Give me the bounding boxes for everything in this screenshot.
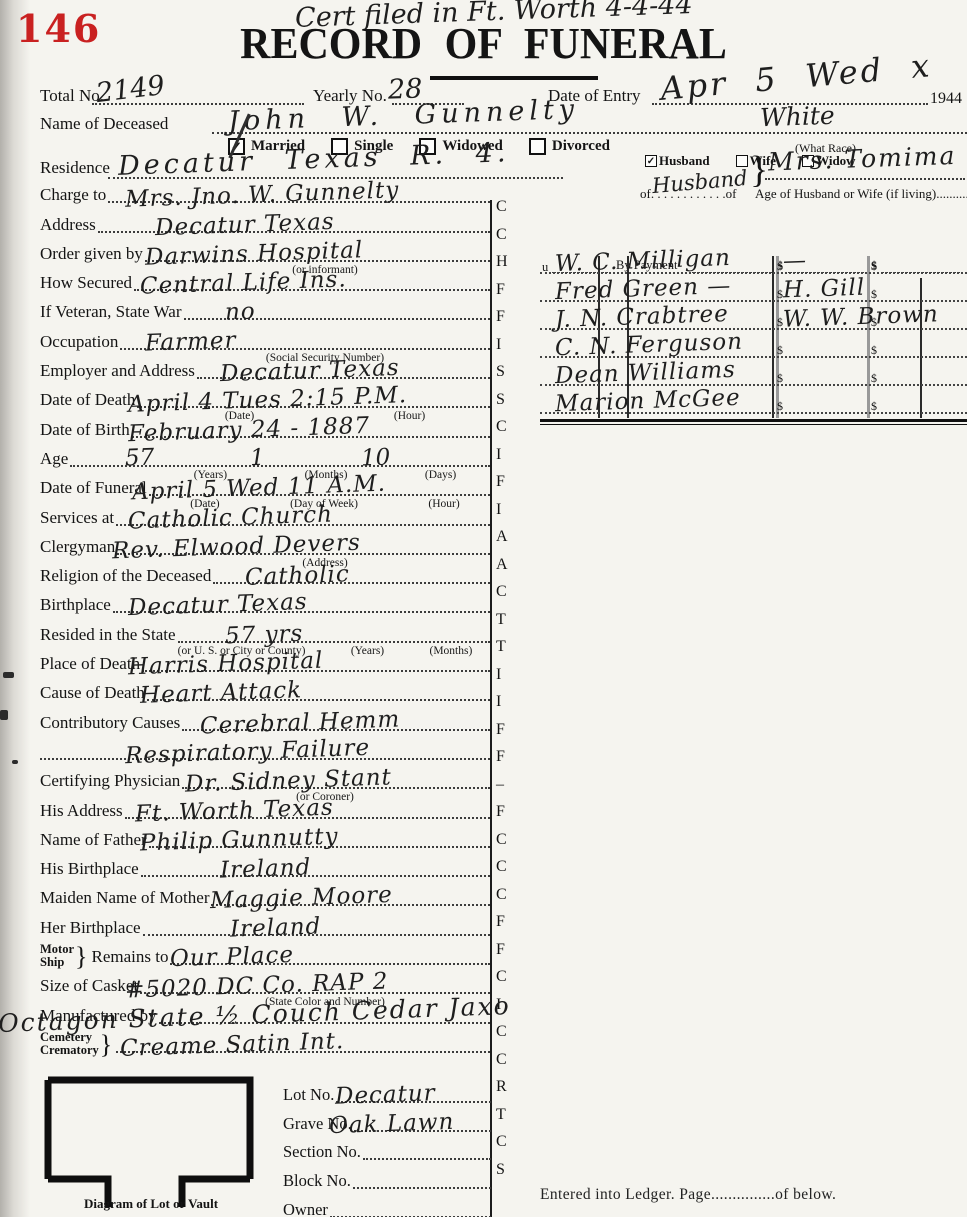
truncated-letter: C <box>496 418 507 436</box>
field-sublabels: (or U. S. or City or County)(Years)(Mont… <box>155 645 495 657</box>
truncated-letter: F <box>496 913 505 931</box>
field-sublabels: (Social Security Number) <box>155 352 495 364</box>
field-label: Services at <box>40 508 116 528</box>
truncated-letter: C <box>496 583 507 601</box>
dollar-sign: $ <box>871 259 877 274</box>
field-label: His Birthplace <box>40 859 141 879</box>
field-handwritten-value: Oak Lawn <box>329 1108 455 1138</box>
checkbox-box <box>529 138 546 155</box>
field-label: Religion of the Deceased <box>40 566 213 586</box>
race-value: White <box>760 101 836 133</box>
field-sublabels: (Date)(Hour) <box>155 410 495 422</box>
form-row: OccupationFarmer(Social Security Number) <box>40 322 490 351</box>
relation-line <box>765 178 965 180</box>
truncated-letter: C <box>496 1051 507 1069</box>
form-row: Her BirthplaceIreland <box>40 908 490 937</box>
truncated-letter: I <box>496 501 501 519</box>
field-sublabels: (Years)(Months)(Days) <box>155 469 495 481</box>
truncated-letter: C <box>496 1133 507 1151</box>
field-label: If Veteran, State War <box>40 302 184 322</box>
dollar-sign: $ <box>777 371 783 386</box>
scan-speck <box>12 760 18 764</box>
form-row: Size of Casket#5020 DC Co. RAP 2(State C… <box>40 967 490 996</box>
form-rows: Charge toMrs. Jno. W. GunneltyAddressDec… <box>40 176 490 1055</box>
form-row: MotorShip}Remains toOur Place <box>40 938 490 967</box>
field-label: Birthplace <box>40 595 113 615</box>
truncated-letter: T <box>496 1106 506 1124</box>
table-rule <box>776 256 779 418</box>
field-label: Section No. <box>283 1142 363 1162</box>
field-sublabels: (or Coroner) <box>155 791 495 803</box>
payment-name: H. Gill <box>783 275 866 304</box>
field-handwritten-value: Our Place <box>170 942 295 972</box>
field-label: Lot No. <box>283 1085 336 1105</box>
form-row: Cause of DeathHeart Attack <box>40 674 490 703</box>
form-row: Age57110(Years)(Months)(Days) <box>40 440 490 469</box>
field-label: Order given by <box>40 244 145 264</box>
form-row: Block No. <box>283 1162 491 1191</box>
scan-speck <box>0 710 8 720</box>
brace-label: MotorShip <box>40 943 74 969</box>
form-row: Certifying PhysicianDr. Sidney Stant(or … <box>40 762 490 791</box>
checkbox-box: ✓ <box>645 155 657 167</box>
field-label: Date of Birth <box>40 420 132 440</box>
truncated-letter: F <box>496 281 505 299</box>
name-of-deceased-value: John W. Gunnelty <box>228 94 580 137</box>
truncated-letter: C <box>496 858 507 876</box>
field-handwritten-value: Ireland <box>230 913 322 942</box>
table-bottom-rule <box>540 419 967 422</box>
form-row: Owner <box>283 1191 491 1217</box>
field-label: Owner <box>283 1200 330 1217</box>
field-handwritten-value: Ireland <box>220 855 312 884</box>
field-sublabels: (Address) <box>155 557 495 569</box>
bottom-fields: Lot No.DecaturGrave No.Oak LawnSection N… <box>283 1076 491 1217</box>
form-row: Contributory CausesCerebral Hemm <box>40 703 490 732</box>
entry-year: 1944 <box>930 90 962 108</box>
payment-table: u By Payment $ $ $$W. C. Milligan—$$Fred… <box>540 256 967 428</box>
payment-name: W. W. Brown <box>783 301 940 332</box>
form-row: AddressDecatur Texas <box>40 205 490 234</box>
table-rule <box>867 256 870 418</box>
truncated-letter: I <box>496 446 501 464</box>
form-row: Order given byDarwins Hospital(or inform… <box>40 235 490 264</box>
dollar-sign: $ <box>871 399 877 414</box>
field-label: Date of Death <box>40 390 137 410</box>
checkbox-husband: ✓Husband <box>645 153 710 169</box>
payment-name: — <box>783 248 808 275</box>
truncated-letter: C <box>496 968 507 986</box>
dollar-sign: $ <box>777 343 783 358</box>
truncated-letter: A <box>496 528 508 546</box>
truncated-letter: C <box>496 198 507 216</box>
diagram-caption: Diagram of Lot or Vault <box>46 1196 256 1212</box>
truncated-letter: C <box>496 886 507 904</box>
truncated-letter: C <box>496 226 507 244</box>
dotted-leader <box>141 875 490 877</box>
truncated-letter: R <box>496 1078 507 1096</box>
form-row: If Veteran, State Warno <box>40 293 490 322</box>
form-row: ClergymanRev. Elwood Devers(Address) <box>40 528 490 557</box>
lot-diagram <box>44 1076 256 1212</box>
field-handwritten-value: Decatur <box>335 1080 437 1109</box>
field-label: His Address <box>40 801 125 821</box>
truncated-letter: – <box>496 776 504 794</box>
field-label: Age <box>40 449 70 469</box>
field-sublabels: (Date)(Day of Week)(Hour) <box>155 498 495 510</box>
truncated-letter: S <box>496 1161 505 1179</box>
form-row: Lot No.Decatur <box>283 1076 491 1105</box>
field-values: 57110 <box>125 445 390 471</box>
dollar-sign: $ <box>871 287 877 302</box>
field-label: Block No. <box>283 1171 353 1191</box>
of-line: of. . . . . . . . . . . .of <box>640 186 736 202</box>
truncated-letter: F <box>496 748 505 766</box>
truncated-letter: F <box>496 473 505 491</box>
field-label: Contributory Causes <box>40 713 182 733</box>
truncated-letter: F <box>496 308 505 326</box>
table-bottom-rule <box>540 424 967 425</box>
dollar-sign: $ <box>871 343 877 358</box>
truncated-letter: F <box>496 803 505 821</box>
dotted-leader <box>353 1187 491 1189</box>
name-of-deceased-label: Name of Deceased <box>40 114 168 134</box>
form-row: Grave No.Oak Lawn <box>283 1105 491 1134</box>
truncated-letter: S <box>496 363 505 381</box>
dollar-sign: $ <box>777 399 783 414</box>
table-rule <box>772 256 774 418</box>
form-row: Resided in the State57 yrs(or U. S. or C… <box>40 615 490 644</box>
field-label: Cause of Death <box>40 683 147 703</box>
field-handwritten-value: no <box>225 299 257 326</box>
field-label: Remains to <box>92 947 171 967</box>
field-label: Occupation <box>40 332 120 352</box>
ledger-note: Entered into Ledger. Page...............… <box>540 1186 836 1204</box>
age-of-spouse-line: Age of Husband or Wife (if living)......… <box>755 186 967 202</box>
field-label: Name of Father <box>40 830 149 850</box>
truncated-letter: I <box>496 693 501 711</box>
dollar-sign: $ <box>871 371 877 386</box>
form-row: His BirthplaceIreland <box>40 850 490 879</box>
checkbox-divorced: Divorced <box>529 138 610 155</box>
field-label: How Secured <box>40 273 134 293</box>
field-label: Clergyman <box>40 537 117 557</box>
residence-label: Residence <box>40 158 110 178</box>
truncated-letter: F <box>496 721 505 739</box>
truncated-letter: I <box>496 666 501 684</box>
truncated-letter: C <box>496 831 507 849</box>
field-label: Certifying Physician <box>40 771 182 791</box>
title-underline <box>430 76 598 80</box>
dotted-leader <box>363 1158 491 1160</box>
truncated-letter: T <box>496 611 506 629</box>
truncated-letter: S <box>496 391 505 409</box>
truncated-letter: I <box>496 336 501 354</box>
truncated-letter: C <box>496 1023 507 1041</box>
truncated-letter: H <box>496 253 508 271</box>
scan-speck <box>3 672 14 678</box>
field-label: Address <box>40 215 98 235</box>
field-label: Charge to <box>40 185 108 205</box>
funeral-record-page: 146 Cert filed in Ft. Worth 4-4-44 RECOR… <box>0 0 967 1217</box>
form-row: Manufactured byOctagon State ½ Couch Ced… <box>40 996 490 1025</box>
field-label: Her Birthplace <box>40 918 143 938</box>
field-sublabels: (or informant) <box>155 264 495 276</box>
form-row: Charge toMrs. Jno. W. Gunnelty <box>40 176 490 205</box>
form-row: Maiden Name of MotherMaggie Moore <box>40 879 490 908</box>
table-rule <box>920 278 922 418</box>
form-row: Name of FatherPhilip Gunnutty <box>40 821 490 850</box>
form-row: Section No. <box>283 1134 491 1163</box>
truncated-letter: A <box>496 556 508 574</box>
field-handwritten-value: Creame Satin Int. <box>120 1028 345 1062</box>
truncated-letter: F <box>496 941 505 959</box>
truncated-letter: T <box>496 638 506 656</box>
form-row: BirthplaceDecatur Texas <box>40 586 490 615</box>
field-label: Maiden Name of Mother <box>40 888 211 908</box>
field-label: Resided in the State <box>40 625 178 645</box>
field-label: Employer and Address <box>40 361 197 381</box>
